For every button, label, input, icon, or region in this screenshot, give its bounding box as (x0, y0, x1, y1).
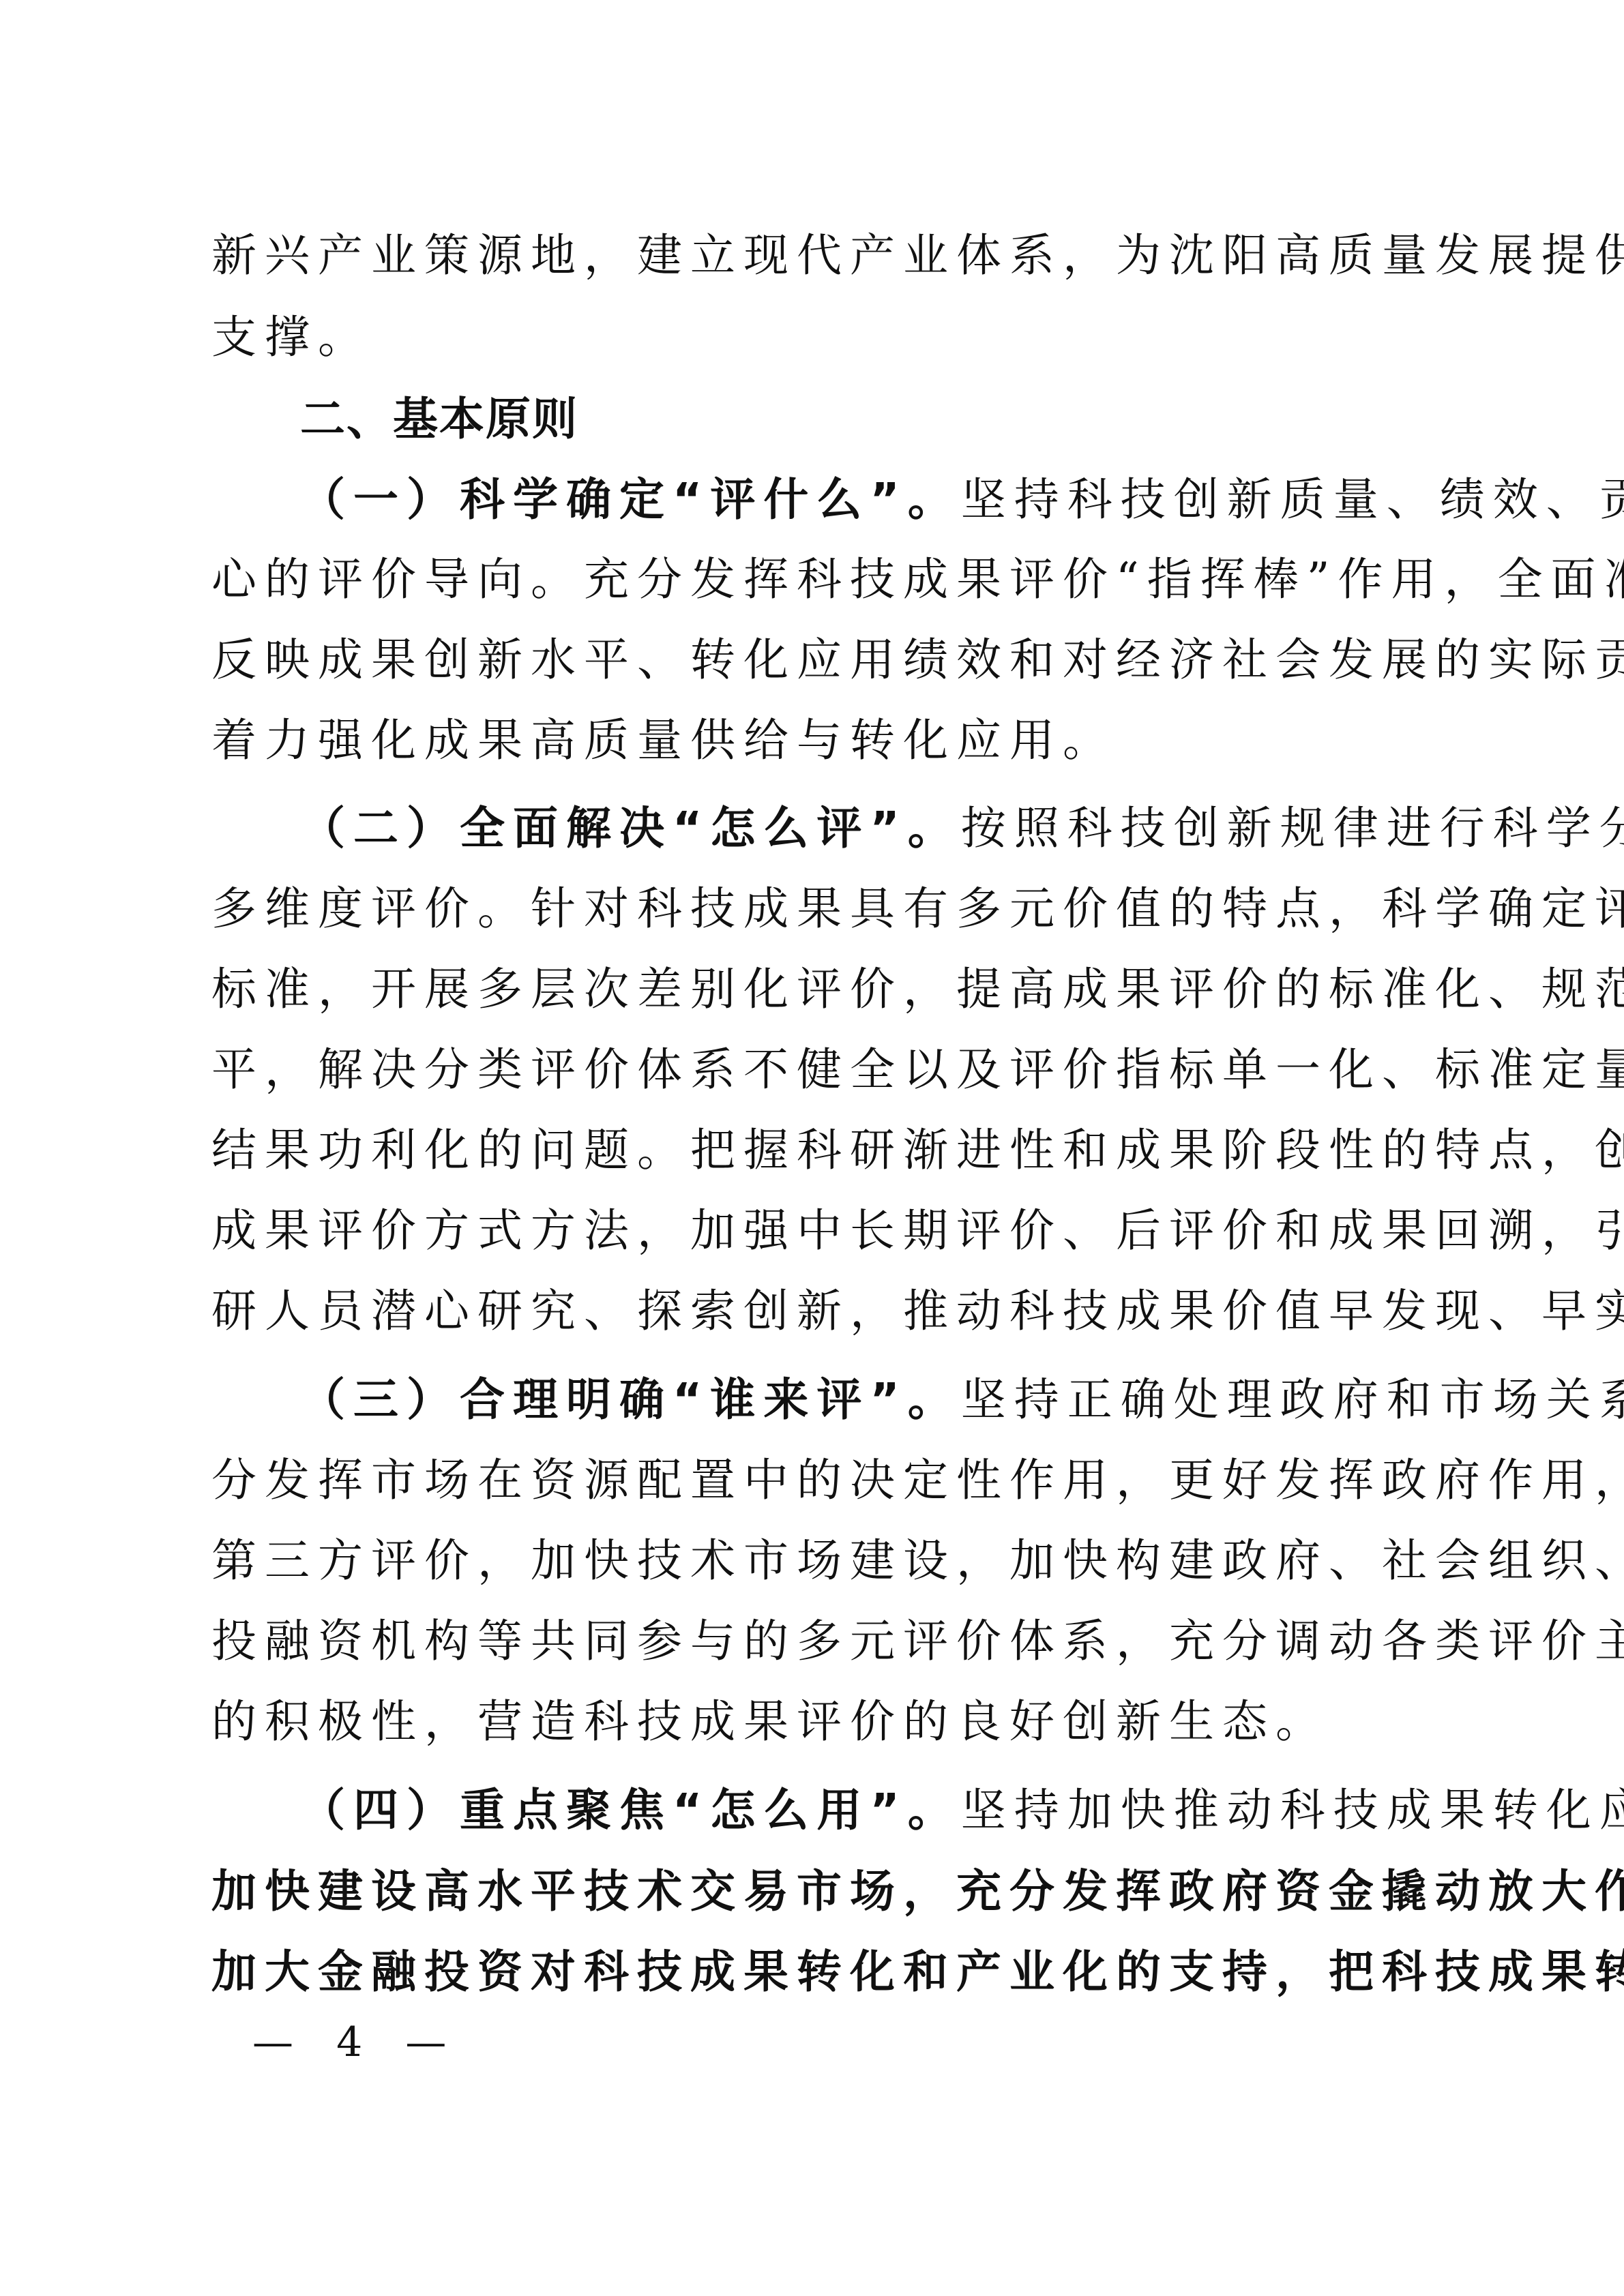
principle-3-line-3: 第三方评价，加快技术市场建设，加快构建政府、社会组织、企业、 (211, 1527, 1420, 1595)
principle-3-title: （三）合理明确“谁来评”。 (300, 1373, 961, 1426)
principle-2-line-6: 成果评价方式方法，加强中长期评价、后评价和成果回溯，引导科 (211, 1197, 1420, 1265)
principle-1-line-2: 心的评价导向。充分发挥科技成果评价“指挥棒”作用，全面准确 (211, 546, 1420, 614)
section-heading: 二、基本原则 (300, 385, 578, 453)
principle-4-line-3: 加大金融投资对科技成果转化和产业化的支持，把科技成果转化 (211, 1937, 1420, 2006)
principle-2-text: 按照科技创新规律进行科学分类和 (961, 802, 1624, 854)
principle-4-line-2: 加快建设高水平技术交易市场，充分发挥政府资金撬动放大作用， (211, 1857, 1420, 1925)
principle-4-text: 坚持加快推动科技成果转化应用。 (961, 1784, 1624, 1836)
intro-line-2: 支撑。 (211, 303, 1420, 372)
principle-2-line-2: 多维度评价。针对科技成果具有多元价值的特点，科学确定评价 (211, 875, 1420, 943)
principle-4-title: （四）重点聚焦“怎么用”。 (300, 1784, 961, 1836)
principle-2-line-4: 平，解决分类评价体系不健全以及评价指标单一化、标准定量化、 (211, 1036, 1420, 1104)
principle-2-line-5: 结果功利化的问题。把握科研渐进性和成果阶段性的特点，创新 (211, 1116, 1420, 1184)
principle-3-line-2: 分发挥市场在资源配置中的决定性作用，更好发挥政府作用，引入 (211, 1446, 1420, 1515)
principle-1-title: （一）科学确定“评什么”。 (300, 473, 961, 526)
principle-1-text: 坚持科技创新质量、绩效、贡献为核 (961, 473, 1624, 526)
principle-1-line-4: 着力强化成果高质量供给与转化应用。 (211, 706, 1420, 775)
intro-line-1: 新兴产业策源地，建立现代产业体系，为沈阳高质量发展提供坚强 (211, 222, 1420, 290)
principle-3-line-4: 投融资机构等共同参与的多元评价体系，充分调动各类评价主体 (211, 1607, 1420, 1675)
principle-1-line-1: （一）科学确定“评什么”。坚持科技创新质量、绩效、贡献为核 (300, 466, 1420, 534)
principle-3-line-5: 的积极性，营造科技成果评价的良好创新生态。 (211, 1688, 1420, 1756)
principle-2-title: （二）全面解决“怎么评”。 (300, 802, 961, 854)
principle-2-line-7: 研人员潜心研究、探索创新，推动科技成果价值早发现、早实现。 (211, 1277, 1420, 1345)
page-number: — 4 — (252, 2015, 461, 2070)
principle-3-line-1: （三）合理明确“谁来评”。坚持正确处理政府和市场关系。充 (300, 1366, 1420, 1434)
document-page: 新兴产业策源地，建立现代产业体系，为沈阳高质量发展提供坚强 支撑。 二、基本原则… (0, 0, 1624, 2296)
principle-4-line-1: （四）重点聚焦“怎么用”。坚持加快推动科技成果转化应用。 (300, 1776, 1420, 1845)
principle-3-text: 坚持正确处理政府和市场关系。充 (961, 1373, 1624, 1426)
principle-2-line-3: 标准，开展多层次差别化评价，提高成果评价的标准化、规范化水 (211, 955, 1420, 1024)
principle-2-line-1: （二）全面解决“怎么评”。按照科技创新规律进行科学分类和 (300, 794, 1420, 863)
principle-1-line-3: 反映成果创新水平、转化应用绩效和对经济社会发展的实际贡献， (211, 626, 1420, 694)
